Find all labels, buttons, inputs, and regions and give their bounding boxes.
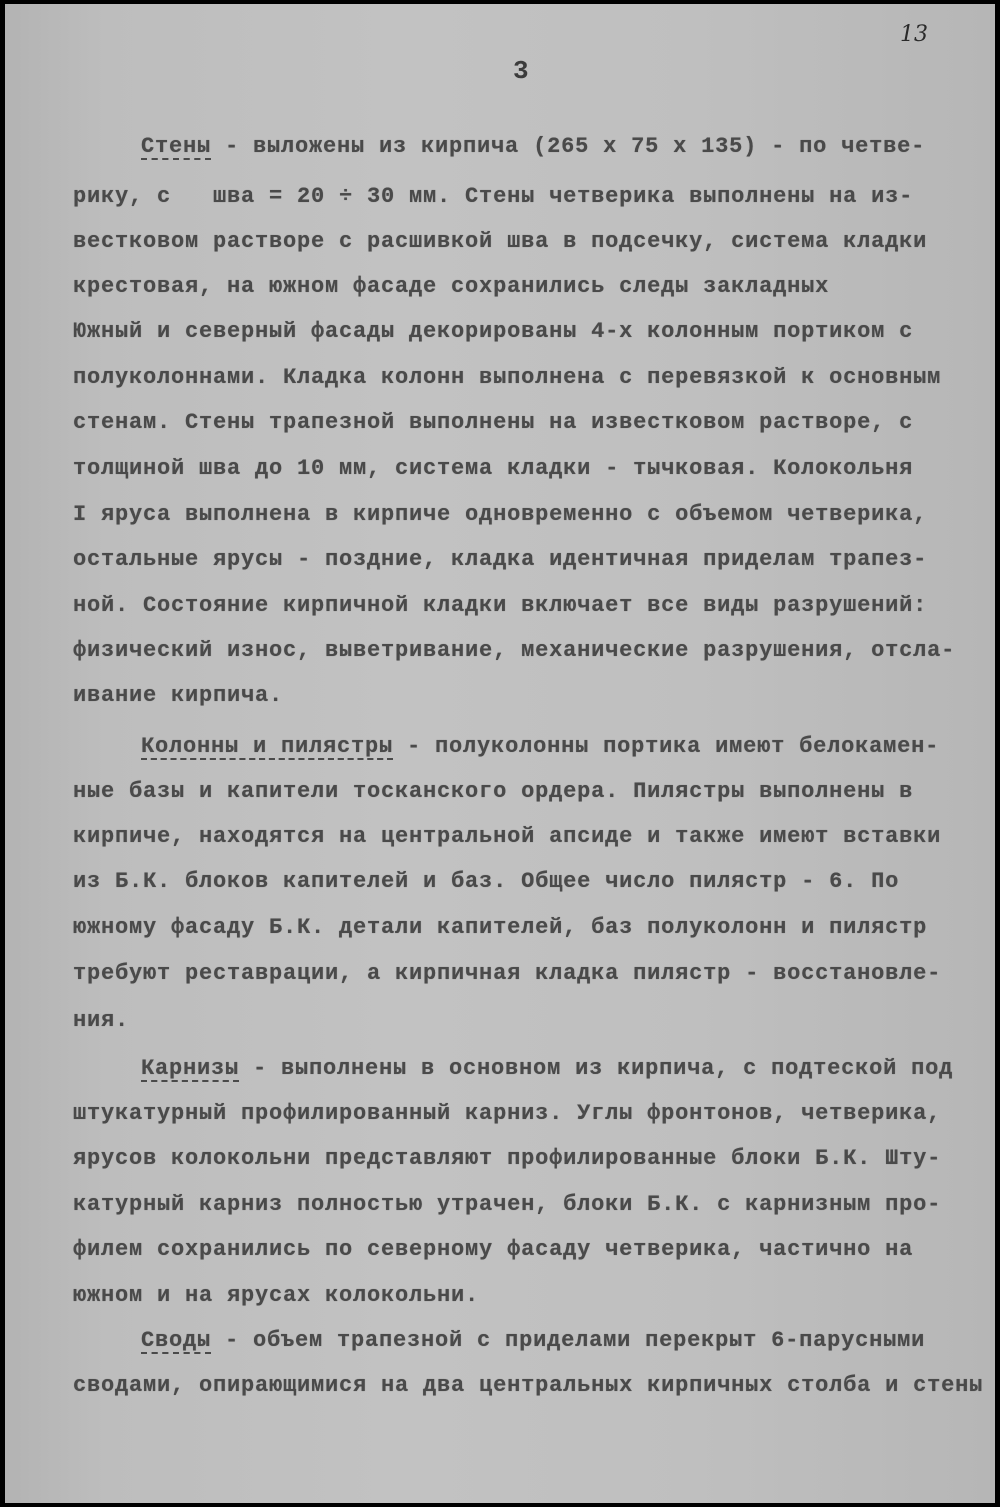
text-line: сводами, опирающимися на два центральных… (73, 1371, 983, 1401)
text-line: стенам. Стены трапезной выполнены на изв… (73, 408, 913, 438)
text-line: вестковом растворе с расшивкой шва в под… (73, 227, 927, 257)
section-heading-columns-pilasters: Колонны и пилястры (141, 734, 393, 759)
text-line: филем сохранились по северному фасаду че… (73, 1235, 913, 1265)
text-line: из Б.К. блоков капителей и баз. Общее чи… (73, 867, 899, 897)
text-line: Своды - объем трапезной с приделами пере… (141, 1326, 925, 1356)
text-line: ной. Состояние кирпичной кладки включает… (73, 591, 927, 621)
text-line: ные базы и капители тосканского ордера. … (73, 777, 913, 807)
section-heading-vaults: Своды (141, 1328, 211, 1353)
text-line: кирпиче, находятся на центральной апсиде… (73, 822, 941, 852)
archive-sheet-number: 13 (900, 22, 928, 47)
text-line: требуют реставрации, а кирпичная кладка … (73, 959, 941, 989)
text-line: Карнизы - выполнены в основном из кирпич… (141, 1054, 953, 1084)
section-heading-walls: Стены (141, 134, 211, 159)
text-line: рику, с шва = 20 ÷ 30 мм. Стены четверик… (73, 182, 913, 212)
page-number: 3 (513, 56, 529, 86)
section-heading-cornices: Карнизы (141, 1056, 239, 1081)
text-line: Колонны и пилястры - полуколонны портика… (141, 732, 939, 762)
text-line: штукатурный профилированный карниз. Углы… (73, 1099, 941, 1129)
text-line: полуколоннами. Кладка колонн выполнена с… (73, 363, 941, 393)
text-line: физический износ, выветривание, механиче… (73, 636, 955, 666)
text-line: ния. (73, 1006, 129, 1036)
text-line: Южный и северный фасады декорированы 4-х… (73, 317, 913, 347)
text-line: катурный карниз полностью утрачен, блоки… (73, 1190, 941, 1220)
text-line: южному фасаду Б.К. детали капителей, баз… (73, 913, 927, 943)
text-line: остальные ярусы - поздние, кладка иденти… (73, 545, 927, 575)
text-line: Стены - выложены из кирпича (265 х 75 х … (141, 132, 925, 162)
document-page: 13 3 Стены - выложены из кирпича (265 х … (5, 4, 995, 1503)
text-line: I яруса выполнена в кирпиче одновременно… (73, 500, 927, 530)
text-line: толщиной шва до 10 мм, система кладки - … (73, 454, 913, 484)
text-line: ивание кирпича. (73, 681, 283, 711)
text-line: южном и на ярусах колокольни. (73, 1281, 479, 1311)
text-line: ярусов колокольни представляют профилиро… (73, 1144, 941, 1174)
text-line: крестовая, на южном фасаде сохранились с… (73, 272, 829, 302)
